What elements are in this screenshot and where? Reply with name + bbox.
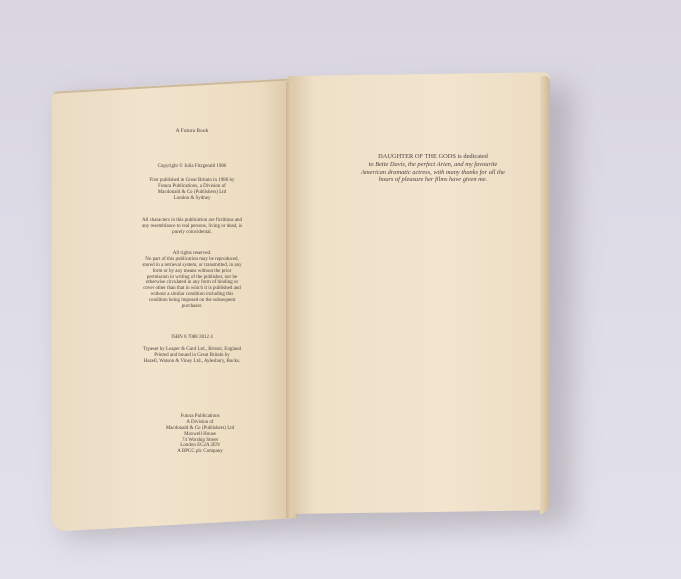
right-page <box>288 72 550 514</box>
dedication-line-4: hours of pleasure her films have given m… <box>335 176 531 184</box>
open-book: A Futura Book Copyright © Julia Fitzgera… <box>0 0 681 579</box>
dedication-line-3: American dramatic actress, with many tha… <box>335 169 531 177</box>
dedication: DAUGHTER OF THE GODS is dedicated to Bet… <box>335 153 531 184</box>
fiction-notice: All characters in this publication are f… <box>108 218 276 236</box>
copyright-line: Copyright © Julia Fitzgerald 1986 <box>108 164 276 170</box>
book-title: DAUGHTER OF THE GODS <box>378 153 456 160</box>
dedication-line-2: to Bette Davis, the perfect Arien, and m… <box>335 161 531 169</box>
publisher-address: Futura Publications A Division of Macdon… <box>125 414 275 455</box>
typeset-block: Typeset by Leaper & Gard Ltd., Bristol, … <box>108 347 276 365</box>
imprint-line: A Futura Book <box>108 128 276 134</box>
first-published-block: First published in Great Britain in 1986… <box>108 178 276 202</box>
isbn-line: ISBN 0 7088 2812 4 <box>108 335 276 341</box>
rights-notice: All rights reserved. No part of this pub… <box>108 251 276 310</box>
book-gutter <box>286 82 292 518</box>
dedication-line-1: DAUGHTER OF THE GODS is dedicated <box>335 153 531 161</box>
page-edge <box>540 76 550 514</box>
